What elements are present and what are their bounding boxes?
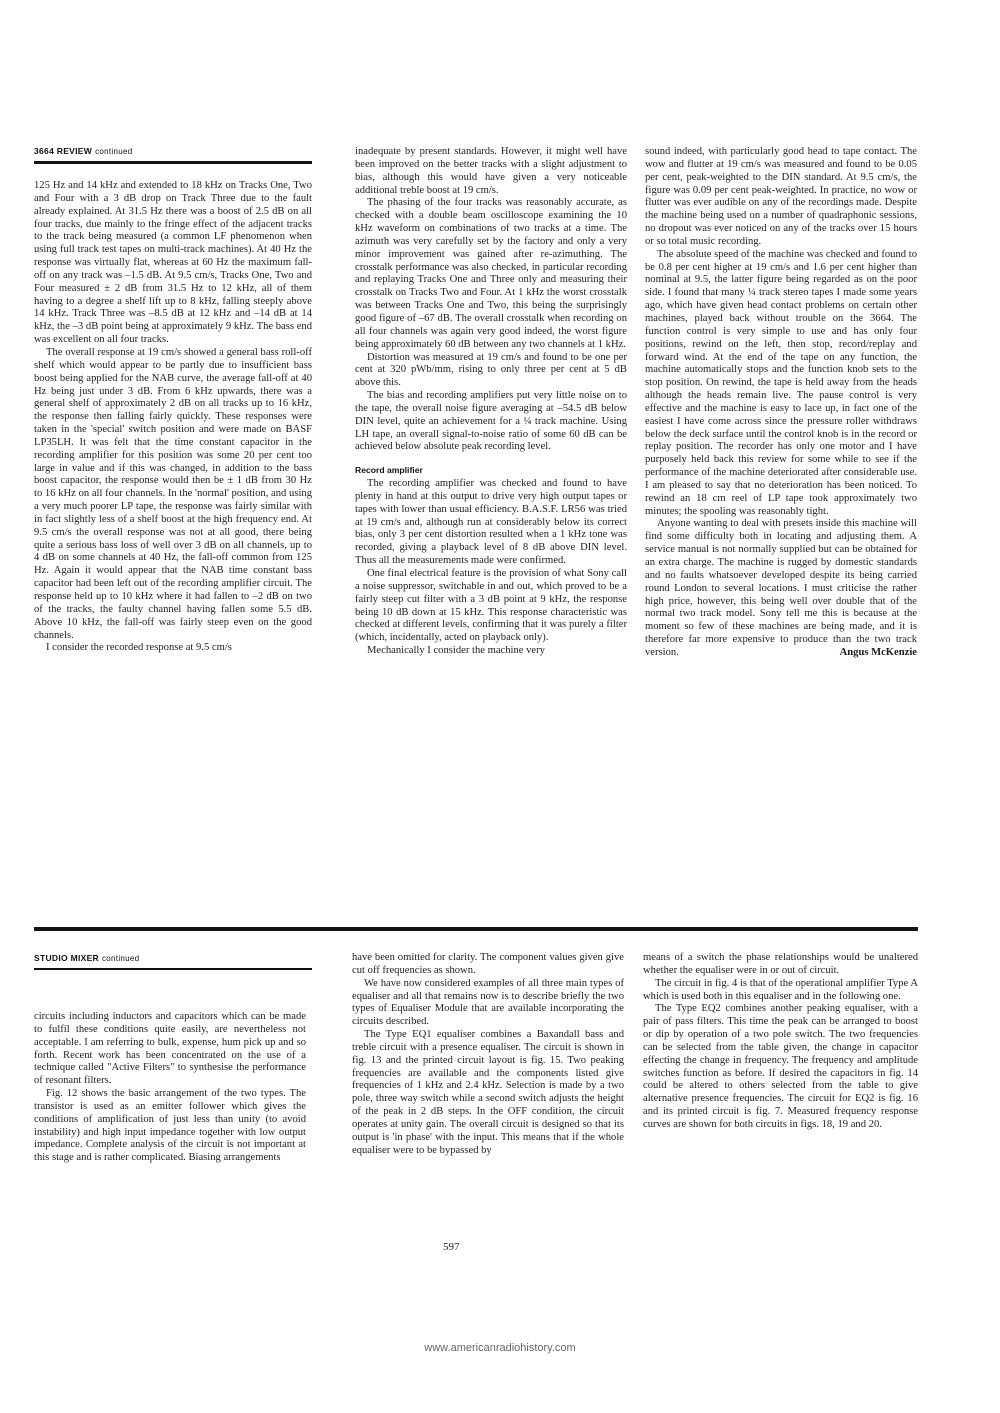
paragraph: The absolute speed of the machine was ch… (645, 249, 917, 519)
paragraph: We have now considered examples of all t… (352, 978, 624, 1029)
paragraph: inadequate by present standards. However… (355, 146, 627, 197)
paragraph: The recording amplifier was checked and … (355, 478, 627, 568)
paragraph: Fig. 12 shows the basic arrangement of t… (34, 1088, 306, 1165)
paragraph: I consider the recorded response at 9.5 … (34, 642, 312, 655)
paragraph: The phasing of the four tracks was reaso… (355, 197, 627, 351)
paragraph: The bias and recording amplifiers put ve… (355, 390, 627, 454)
mixer-continued-label: continued (102, 954, 139, 963)
author-signature: Angus McKenzie (828, 647, 917, 660)
paragraph-text: Anyone wanting to deal with presets insi… (645, 518, 917, 657)
paragraph: The overall response at 19 cm/s showed a… (34, 347, 312, 642)
paragraph: means of a switch the phase relationship… (643, 952, 918, 978)
review-column-3: sound indeed, with particularly good hea… (645, 146, 917, 660)
paragraph: 125 Hz and 14 kHz and extended to 18 kHz… (34, 180, 312, 347)
review-column-2: inadequate by present standards. However… (355, 146, 627, 658)
subheading-record-amplifier: Record amplifier (355, 464, 627, 477)
magazine-page: 3664 REVIEWcontinued 125 Hz and 14 kHz a… (0, 0, 1000, 1413)
review-section-header: 3664 REVIEWcontinued (34, 146, 133, 156)
review-column-1: 125 Hz and 14 kHz and extended to 18 kHz… (34, 180, 312, 655)
paragraph: Anyone wanting to deal with presets insi… (645, 518, 917, 659)
review-header-rule (34, 161, 312, 164)
mixer-header-rule (34, 968, 312, 970)
paragraph: The Type EQ1 equaliser combines a Baxand… (352, 1029, 624, 1157)
paragraph: The circuit in fig. 4 is that of the ope… (643, 978, 918, 1004)
review-continued-label: continued (95, 147, 132, 156)
paragraph: One final electrical feature is the prov… (355, 568, 627, 645)
mixer-column-3: means of a switch the phase relationship… (643, 952, 918, 1132)
paragraph: Mechanically I consider the machine very (355, 645, 627, 658)
mixer-column-1: circuits including inductors and capacit… (34, 1011, 306, 1165)
review-section-title: 3664 REVIEW (34, 146, 92, 156)
paragraph: have been omitted for clarity. The compo… (352, 952, 624, 978)
mixer-column-2: have been omitted for clarity. The compo… (352, 952, 624, 1158)
footer-watermark-url[interactable]: www.americanradiohistory.com (0, 1342, 1000, 1354)
mixer-section-title: STUDIO MIXER (34, 953, 99, 963)
paragraph: The Type EQ2 combines another peaking eq… (643, 1003, 918, 1131)
section-divider-rule (34, 927, 918, 931)
paragraph: Distortion was measured at 19 cm/s and f… (355, 352, 627, 391)
page-number: 597 (443, 1241, 460, 1253)
paragraph: sound indeed, with particularly good hea… (645, 146, 917, 249)
mixer-section-header: STUDIO MIXERcontinued (34, 953, 139, 963)
paragraph: circuits including inductors and capacit… (34, 1011, 306, 1088)
